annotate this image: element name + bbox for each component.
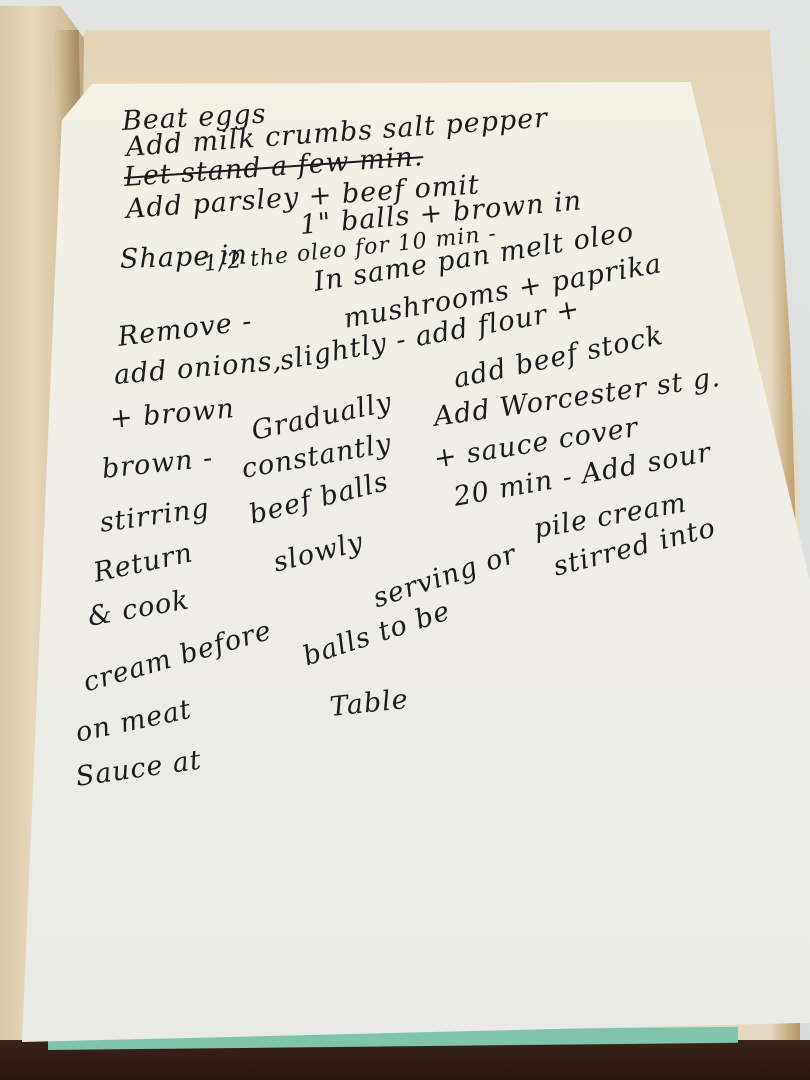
recipe-line: & cook [85,584,191,632]
recipe-line: on meat [73,694,195,749]
recipe-line: slowly [270,526,367,578]
photo-scene: Beat eggs Add milk crumbs salt pepper Le… [0,0,810,1080]
recipe-line: Remove - [116,306,254,353]
recipe-line: + brown [109,393,236,435]
recipe-line: Return [91,537,196,588]
recipe-line: brown - [100,442,214,485]
recipe-line: stirring [98,493,212,539]
recipe-line: add onions, [113,345,284,391]
recipe-line: Table [328,684,410,723]
handwritten-recipe-card: Beat eggs Add milk crumbs salt pepper Le… [14,82,810,1042]
recipe-line: Sauce at [74,745,204,793]
